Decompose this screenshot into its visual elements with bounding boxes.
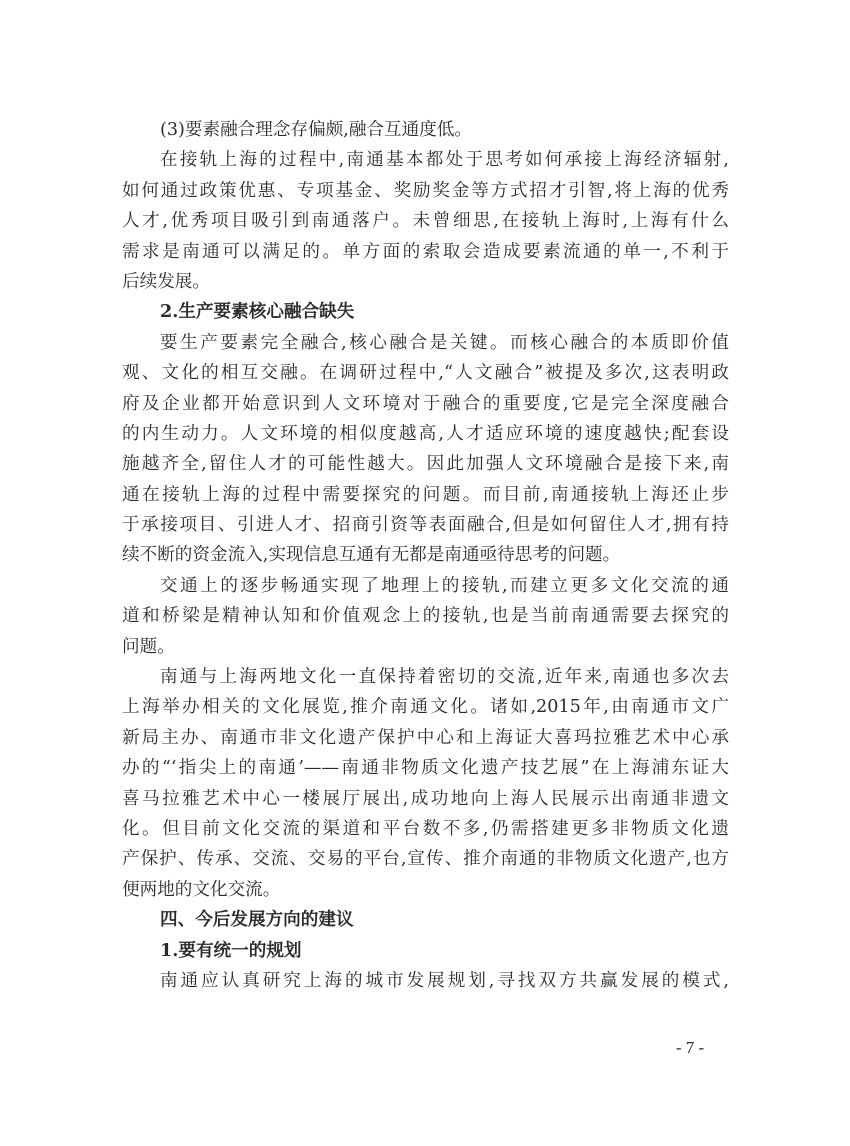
text-line: 如何通过政策优惠、专项基金、奖励奖金等方式招才引智,将上海的优秀: [122, 176, 729, 206]
text-line: 观、文化的相互交融。在调研过程中,“人文融合”被提及多次,这表明政: [122, 358, 729, 388]
page-number: - 7 -: [660, 1038, 720, 1058]
section-subheading: 1.要有统一的规划: [122, 936, 729, 966]
text-line: 喜马拉雅艺术中心一楼展厅展出,成功地向上海人民展示出南通非遗文: [122, 784, 729, 814]
text-line: 的内生动力。人文环境的相似度越高,人才适应环境的速度越快;配套设: [122, 419, 729, 449]
text-line: 产保护、传承、交流、交易的平台,宣传、推介南通的非物质文化遗产,也方: [122, 844, 729, 874]
section-heading: 四、今后发展方向的建议: [122, 905, 729, 935]
text-line: 问题。: [122, 632, 729, 662]
text-line: 通在接轨上海的过程中需要探究的问题。而目前,南通接轨上海还止步: [122, 480, 729, 510]
text-line: 便两地的文化交流。: [122, 875, 729, 905]
text-line: 后续发展。: [122, 267, 729, 297]
text-line: 交通上的逐步畅通实现了地理上的接轨,而建立更多文化交流的通: [122, 571, 729, 601]
text-line: 要生产要素完全融合,核心融合是关键。而核心融合的本质即价值: [122, 328, 729, 358]
text-line: 新局主办、南通市非文化遗产保护中心和上海证大喜玛拉雅艺术中心承: [122, 723, 729, 753]
text-line: 化。但目前文化交流的渠道和平台数不多,仍需搭建更多非物质文化遗: [122, 814, 729, 844]
text-line: 需求是南通可以满足的。单方面的索取会造成要素流通的单一,不利于: [122, 237, 729, 267]
text-line: 续不断的资金流入,实现信息互通有无都是南通亟待思考的问题。: [122, 540, 729, 570]
text-line: (3)要素融合理念存偏颇,融合互通度低。: [122, 115, 729, 145]
section-subheading: 2.生产要素核心融合缺失: [122, 297, 729, 327]
text-line: 人才,优秀项目吸引到南通落户。未曾细思,在接轨上海时,上海有什么: [122, 206, 729, 236]
text-line: 于承接项目、引进人才、招商引资等表面融合,但是如何留住人才,拥有持: [122, 510, 729, 540]
text-line: 南通应认真研究上海的城市发展规划,寻找双方共赢发展的模式,: [122, 966, 729, 996]
document-page: (3)要素融合理念存偏颇,融合互通度低。 在接轨上海的过程中,南通基本都处于思考…: [0, 0, 850, 1146]
text-line: 南通与上海两地文化一直保持着密切的交流,近年来,南通也多次去: [122, 662, 729, 692]
text-line: 上海举办相关的文化展览,推介南通文化。诸如,2015年,由南通市文广: [122, 692, 729, 722]
text-line: 在接轨上海的过程中,南通基本都处于思考如何承接上海经济辐射,: [122, 145, 729, 175]
text-line: 道和桥梁是精神认知和价值观念上的接轨,也是当前南通需要去探究的: [122, 601, 729, 631]
text-line: 办的“‘指尖上的南通’——南通非物质文化遗产技艺展”在上海浦东证大: [122, 753, 729, 783]
body-text: (3)要素融合理念存偏颇,融合互通度低。 在接轨上海的过程中,南通基本都处于思考…: [122, 115, 729, 996]
text-line: 府及企业都开始意识到人文环境对于融合的重要度,它是完全深度融合: [122, 389, 729, 419]
text-line: 施越齐全,留住人才的可能性越大。因此加强人文环境融合是接下来,南: [122, 449, 729, 479]
